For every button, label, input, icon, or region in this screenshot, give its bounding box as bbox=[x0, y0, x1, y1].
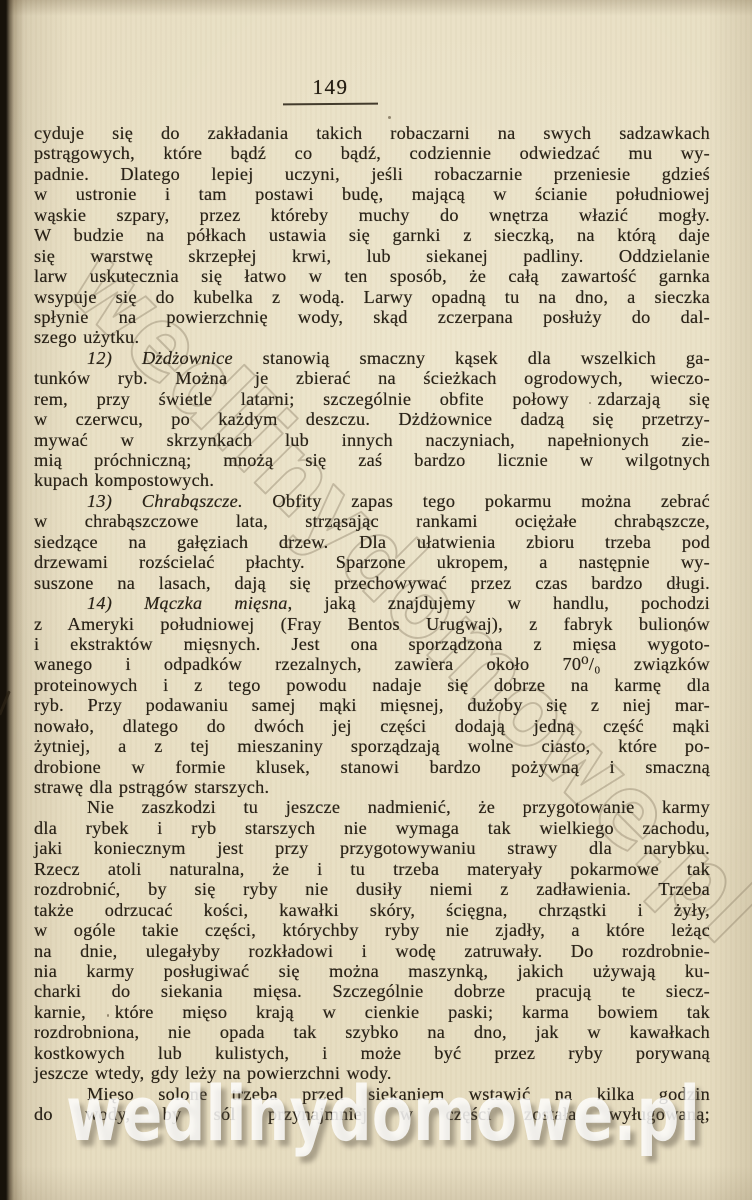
text-line: i ekstraktów mięsnych. Jest ona sporządz… bbox=[34, 634, 710, 654]
text-line: ryb. Przy podawaniu samej mąki mięsnej, … bbox=[34, 695, 710, 715]
scan-edge-left bbox=[0, 0, 24, 1200]
text-line: się warstwę skrzepłej krwi, lub siekanej… bbox=[34, 246, 710, 266]
text-line: w ogóle takie części, którychby ryby nie… bbox=[34, 920, 710, 940]
text-line: karnie, które mięso krają w cienkie pask… bbox=[34, 1002, 710, 1022]
text-line: nia karmy posługiwać się można maszynką,… bbox=[34, 961, 710, 981]
text-line: w czerwcu, po każdym deszczu. Dżdżownice… bbox=[34, 409, 710, 429]
text-line: żytniej, a z tej mieszaniny sporządzają … bbox=[34, 736, 710, 756]
text-line: Nie zaszkodzi tu jeszcze nadmienić, że p… bbox=[34, 797, 710, 817]
paper-speck bbox=[107, 1014, 109, 1017]
text-line: nowało, dlatego do dwóch jej części doda… bbox=[34, 716, 710, 736]
scanned-page: wedlinydomowe.pl 149 cyduje się do zakła… bbox=[0, 0, 752, 1200]
text-line: dla rybek i ryb starszych nie wymaga tak… bbox=[34, 818, 710, 838]
text-line: rozdrobniona, nie opada tak szybko na dn… bbox=[34, 1022, 710, 1042]
text-line: rem, przy świetle latarni; szczególnie o… bbox=[34, 389, 710, 409]
text-line: szego użytku. bbox=[34, 327, 710, 347]
text-line: W budzie na półkach ustawia się garnki z… bbox=[34, 225, 710, 245]
text-line: do wody, by sól przynajmniej w części zo… bbox=[34, 1104, 710, 1124]
text-line: mią próchniczną; mnożą się zaś bardzo li… bbox=[34, 450, 710, 470]
page-number: 149 bbox=[283, 75, 378, 100]
text-line: padnie. Dlatego lepiej uczyni, jeśli rob… bbox=[34, 164, 710, 184]
text-line: wsypuje się do kubelka z wodą. Larwy opa… bbox=[34, 287, 710, 307]
text-line: w chrabąszczowe lata, strząsając rankami… bbox=[34, 511, 710, 531]
text-line: pstrągowych, które bądź co bądź, codzien… bbox=[34, 143, 710, 163]
text-line: charki do siekania mięsa. Szczególnie do… bbox=[34, 981, 710, 1001]
paper-speck bbox=[466, 238, 468, 240]
text-line: jaki koniecznym jest przy przygotowywani… bbox=[34, 838, 710, 858]
text-line: rozdrobnić, by się ryby nie dusiły niemi… bbox=[34, 879, 710, 899]
text-line: wąskie szpary, przez któreby muchy do wn… bbox=[34, 205, 710, 225]
text-line: kostkowych lub kulistych, i może być prz… bbox=[34, 1043, 710, 1063]
text-line: na dnie, ulegałyby rozkładowi i wodę zat… bbox=[34, 941, 710, 961]
text-line: larw uskutecznia się łatwo w ten sposób,… bbox=[34, 266, 710, 286]
text-line: kupach kompostowych. bbox=[34, 470, 710, 490]
text-block: cyduje się do zakładania takich robaczar… bbox=[34, 123, 710, 1124]
text-line: Mięso solone trzeba przed siekaniem wsta… bbox=[34, 1084, 710, 1104]
text-line: siedzące na gałęziach drzew. Dla ułatwie… bbox=[34, 532, 710, 552]
text-line: Rzecz atoli naturalna, że i tu trzeba ma… bbox=[34, 859, 710, 879]
text-line: 14) Mączka mięsna, jaką znajdujemy w han… bbox=[34, 593, 710, 613]
paper-speck bbox=[388, 116, 391, 119]
text-line: wanego i odpadków rzezalnych, zawiera ok… bbox=[34, 654, 710, 674]
text-line: cyduje się do zakładania takich robaczar… bbox=[34, 123, 710, 143]
text-line: jeszcze wtedy, gdy leży na powierzchni w… bbox=[34, 1063, 710, 1083]
text-line: drzewami rozścielać płachty. Sparzone uk… bbox=[34, 552, 710, 572]
text-line: 13) Chrabąszcze. Obfity zapas tego pokar… bbox=[34, 491, 710, 511]
paper-speck bbox=[684, 628, 688, 632]
text-line: także odrzucać kości, kawałki skóry, ści… bbox=[34, 900, 710, 920]
text-line: spłynie na powierzchnię wody, skąd zczer… bbox=[34, 307, 710, 327]
text-line: suszone na lasach, dają się przechowywać… bbox=[34, 573, 710, 593]
text-line: tunków ryb. Można je zbierać na ścieżkac… bbox=[34, 368, 710, 388]
paper-speck bbox=[589, 402, 591, 404]
text-line: mywać w skrzynkach lub innych naczyniach… bbox=[34, 430, 710, 450]
text-line: z Ameryki południowej (Fray Bentos Urugw… bbox=[34, 614, 710, 634]
text-line: drobione w formie klusek, stanowi bardzo… bbox=[34, 757, 710, 777]
text-line: strawę dla pstrągów starszych. bbox=[34, 777, 710, 797]
text-line: 12) Dżdżownice stanowią smaczny kąsek dl… bbox=[34, 348, 710, 368]
text-line: w ustronie i tam postawi budę, mającą w … bbox=[34, 184, 710, 204]
text-line: proteinowych i z tego powodu nadaje się … bbox=[34, 675, 710, 695]
